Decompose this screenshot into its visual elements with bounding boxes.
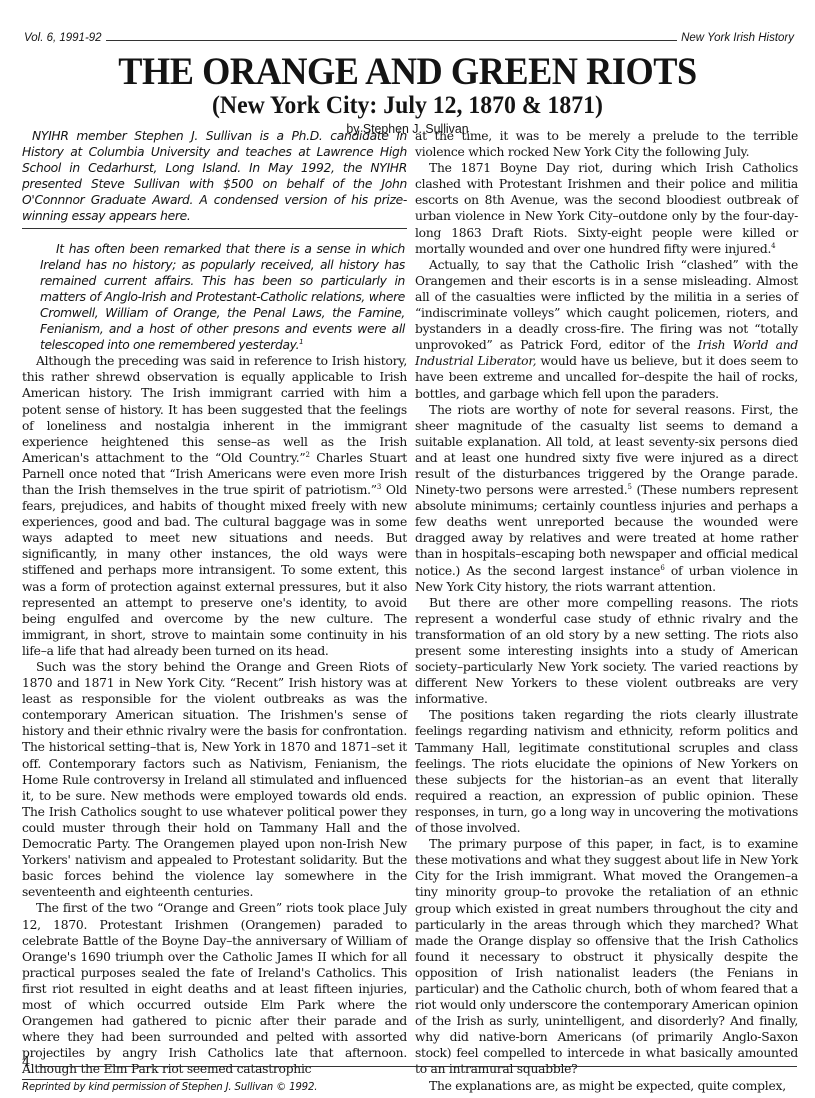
body-paragraph: The primary purpose of this paper, in fa… (415, 836, 798, 1077)
body-text: Old fears, prejudices, and habits of tho… (22, 483, 407, 658)
body-paragraph: The positions taken regarding the riots … (415, 707, 798, 836)
body-paragraph: The first of the two “Orange and Green” … (22, 900, 407, 1077)
footnote-ref: 4 (771, 242, 775, 250)
journal-name: New York Irish History (681, 32, 794, 44)
epigraph-paragraph: It has often been remarked that there is… (40, 241, 405, 354)
author-note: NYIHR member Stephen J. Sullivan is a Ph… (22, 128, 407, 229)
body-paragraph: Such was the story behind the Orange and… (22, 659, 407, 900)
epigraph-text: It has often been remarked that there is… (40, 242, 405, 353)
running-header: Vol. 6, 1991-92 New York Irish History (24, 26, 794, 44)
volume-label: Vol. 6, 1991-92 (24, 32, 102, 44)
reprint-credit: Reprinted by kind permission of Stephen … (22, 1081, 407, 1095)
body-text: The 1871 Boyne Day riot, during which Ir… (415, 161, 798, 255)
body-paragraph: at the time, it was to be merely a prelu… (415, 128, 798, 160)
body-paragraph: But there are other more compelling reas… (415, 595, 798, 708)
body-paragraph: Although the preceding was said in refer… (22, 353, 407, 659)
page-number: 4 (22, 1055, 30, 1070)
article-title: THE ORANGE AND GREEN RIOTS (29, 52, 787, 92)
footer-rule (38, 1066, 797, 1067)
header-rule (106, 40, 678, 41)
article-subtitle: (New York City: July 12, 1870 & 1871) (20, 92, 794, 120)
title-block: THE ORANGE AND GREEN RIOTS (New York Cit… (0, 52, 815, 137)
right-column: at the time, it was to be merely a prelu… (415, 128, 798, 1094)
page-footer: 4 (22, 1055, 797, 1070)
left-column: NYIHR member Stephen J. Sullivan is a Ph… (22, 128, 407, 1095)
footnote-ref: 1 (299, 338, 303, 346)
body-paragraph: The explanations are, as might be expect… (415, 1078, 798, 1094)
body-paragraph: The 1871 Boyne Day riot, during which Ir… (415, 160, 798, 257)
body-paragraph: Actually, to say that the Catholic Irish… (415, 257, 798, 402)
body-text: Although the preceding was said in refer… (22, 354, 407, 465)
epigraph: It has often been remarked that there is… (40, 241, 405, 354)
body-paragraph: The riots are worthy of note for several… (415, 402, 798, 595)
author-note-text: NYIHR member Stephen J. Sullivan is a Ph… (22, 128, 407, 225)
credit-rule (22, 1079, 209, 1080)
